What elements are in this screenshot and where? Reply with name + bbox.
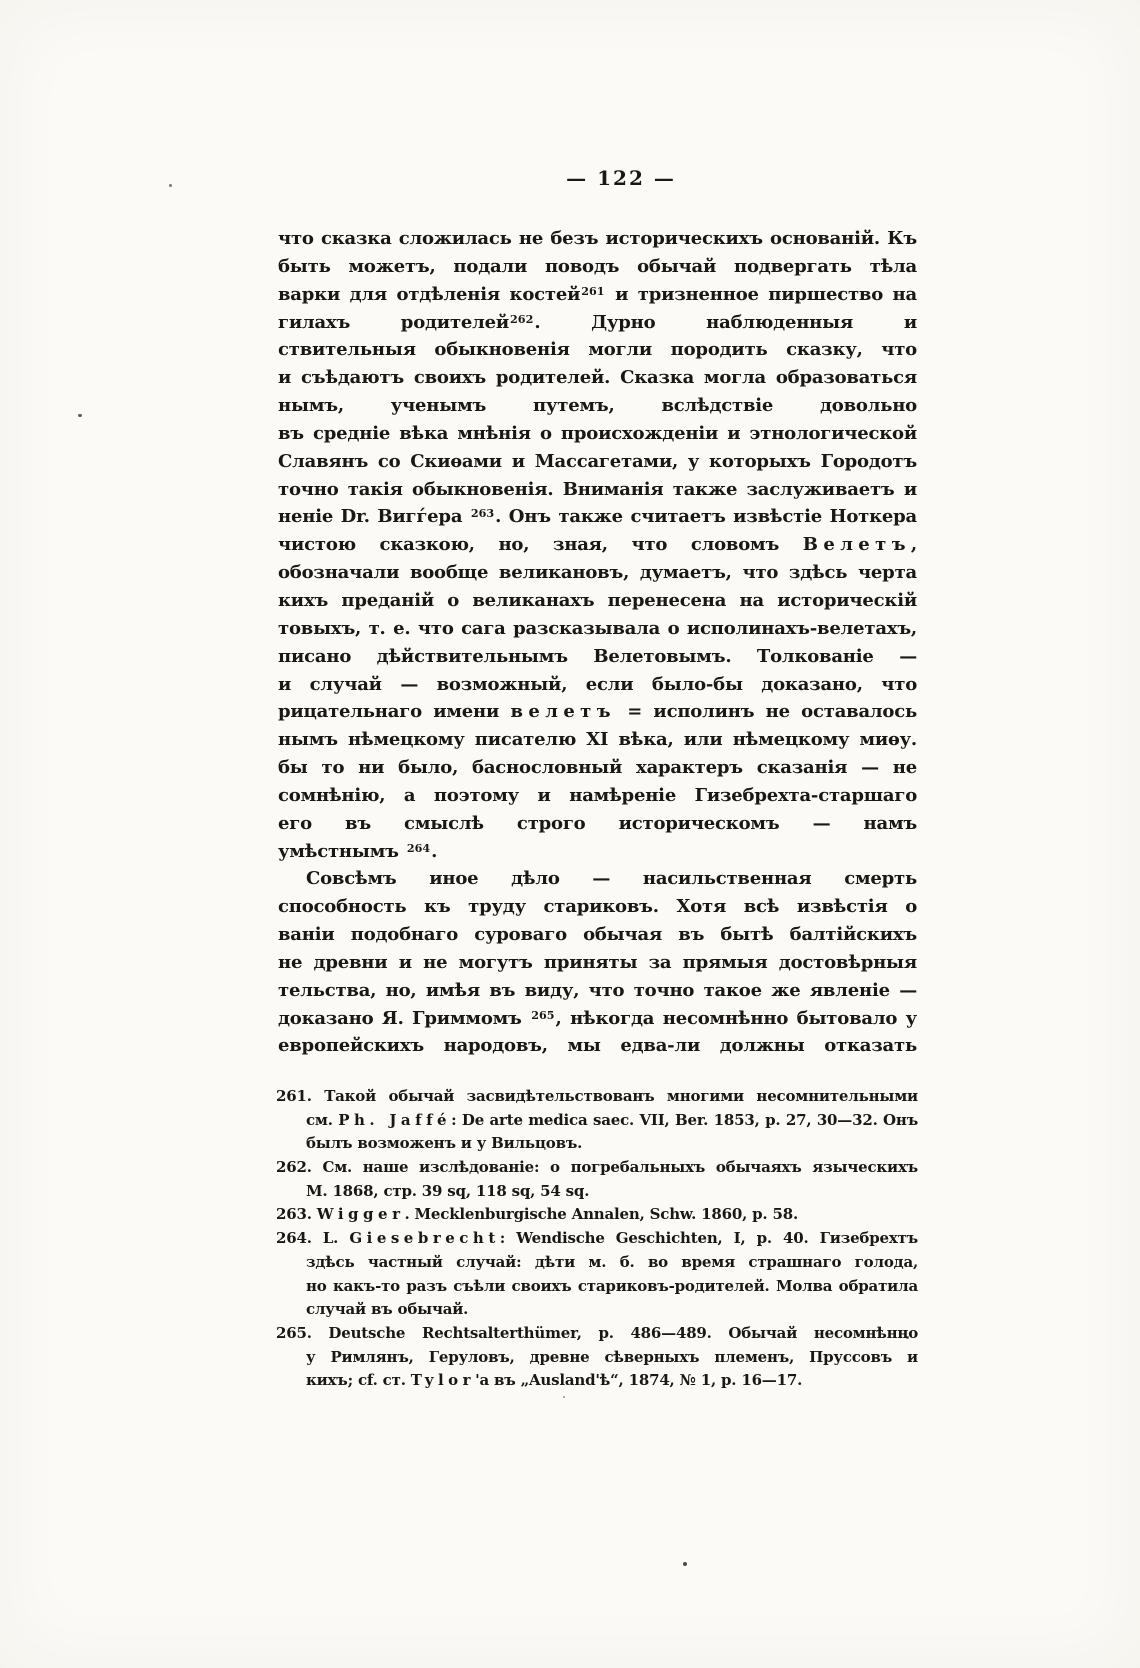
text-line: въ средніе вѣка мнѣнія о происхожденіи и… bbox=[278, 420, 917, 448]
text-line: и съѣдаютъ своихъ родителей. Сказка могл… bbox=[278, 364, 917, 392]
footnote-line: случай въ обычай. bbox=[276, 1298, 918, 1322]
scan-speck bbox=[169, 184, 172, 187]
text-line: его въ смыслѣ строго историческомъ — нам… bbox=[278, 810, 917, 838]
footnote-line: 262. См. наше изслѣдованіе: о погребальн… bbox=[276, 1156, 918, 1180]
text-line: ствительныя обыкновенія могли породить с… bbox=[278, 336, 917, 364]
text-line: способность къ труду стариковъ. Хотя всѣ… bbox=[278, 893, 917, 921]
scan-speck bbox=[683, 1562, 687, 1566]
footnote-line: 265. Deutsche Rechtsalterthümer, p. 486—… bbox=[276, 1322, 918, 1346]
footnote-line: 264. L. Giesebrecht: Wendische Geschicht… bbox=[276, 1227, 918, 1251]
footnote-line: М. 1868, стр. 39 sq, 118 sq, 54 sq. bbox=[276, 1180, 918, 1204]
footnote-line: здѣсь частный случай: дѣти м. б. во врем… bbox=[276, 1251, 918, 1275]
book-page: — 122 — что сказка сложилась не безъ ист… bbox=[0, 0, 1140, 1668]
text-line: бы то ни было, баснословный характеръ ск… bbox=[278, 754, 917, 782]
text-line: нымъ нѣмецкому писателю XI вѣка, или нѣм… bbox=[278, 726, 917, 754]
text-line: гилахъ родителей262. Дурно наблюденныя и… bbox=[278, 309, 917, 337]
text-line: неніе Dr. Вигѓера 263. Онъ также считает… bbox=[278, 503, 917, 531]
text-line: тельства, но, имѣя въ виду, что точно та… bbox=[278, 977, 917, 1005]
footnote-line: см. Ph. Jaffé: De arte medica saec. VII,… bbox=[276, 1109, 918, 1133]
text-line: кихъ преданій о великанахъ перенесена на… bbox=[278, 587, 917, 615]
main-text: что сказка сложилась не безъ исторически… bbox=[278, 225, 917, 1060]
text-line: точно такія обыкновенія. Вниманія также … bbox=[278, 476, 917, 504]
text-line: Совсѣмъ иное дѣло — насильственная смерт… bbox=[278, 865, 917, 893]
text-line: варки для отдѣленія костей261 и тризненн… bbox=[278, 281, 917, 309]
text-line: ваніи подобнаго суроваго обычая въ бытѣ … bbox=[278, 921, 917, 949]
text-line: писано дѣйствительнымъ Велетовымъ. Толко… bbox=[278, 643, 917, 671]
text-line: умѣстнымъ 264. bbox=[278, 838, 917, 866]
scan-speck bbox=[563, 1396, 565, 1398]
footnote-line: 263. Wigger. Mecklenburgische Annalen, S… bbox=[276, 1203, 918, 1227]
footnote-line: у Римлянъ, Геруловъ, древне сѣверныхъ пл… bbox=[276, 1346, 918, 1370]
footnote-line: но какъ-то разъ съѣли своихъ стариковъ-р… bbox=[276, 1275, 918, 1299]
text-line: и случай — возможный, если было-бы доказ… bbox=[278, 671, 917, 699]
text-line: товыхъ, т. е. что сага разсказывала о ис… bbox=[278, 615, 917, 643]
text-line: что сказка сложилась не безъ исторически… bbox=[278, 225, 917, 253]
text-line: нымъ, ученымъ путемъ, вслѣдствіе довольн… bbox=[278, 392, 917, 420]
footnote-line: былъ возможенъ и у Вильцовъ. bbox=[276, 1132, 918, 1156]
text-line: Славянъ со Скиѳами и Массагетами, у кото… bbox=[278, 448, 917, 476]
footnotes: 261. Такой обычай засвидѣтельствованъ мн… bbox=[276, 1085, 918, 1393]
text-line: доказано Я. Гриммомъ 265, нѣкогда несомн… bbox=[278, 1005, 917, 1033]
text-line: обозначали вообще великановъ, думаетъ, ч… bbox=[278, 559, 917, 587]
text-line: рицательнаго имени велетъ = исполинъ не … bbox=[278, 698, 917, 726]
footnote-line: 261. Такой обычай засвидѣтельствованъ мн… bbox=[276, 1085, 918, 1109]
text-line: сомнѣнію, а поэтому и намѣреніе Гизебрех… bbox=[278, 782, 917, 810]
text-line: европейскихъ народовъ, мы едва-ли должны… bbox=[278, 1032, 917, 1060]
scan-speck bbox=[78, 414, 82, 417]
text-line: не древни и не могутъ приняты за прямыя … bbox=[278, 949, 917, 977]
footnote-line: кихъ; cf. ст. Tylor'а въ „Ausland'ѣ“, 18… bbox=[276, 1369, 918, 1393]
page-number: — 122 — bbox=[520, 166, 722, 190]
text-line: чистою сказкою, но, зная, что словомъ Ве… bbox=[278, 531, 917, 559]
text-line: быть можетъ, подали поводъ обычай подвер… bbox=[278, 253, 917, 281]
